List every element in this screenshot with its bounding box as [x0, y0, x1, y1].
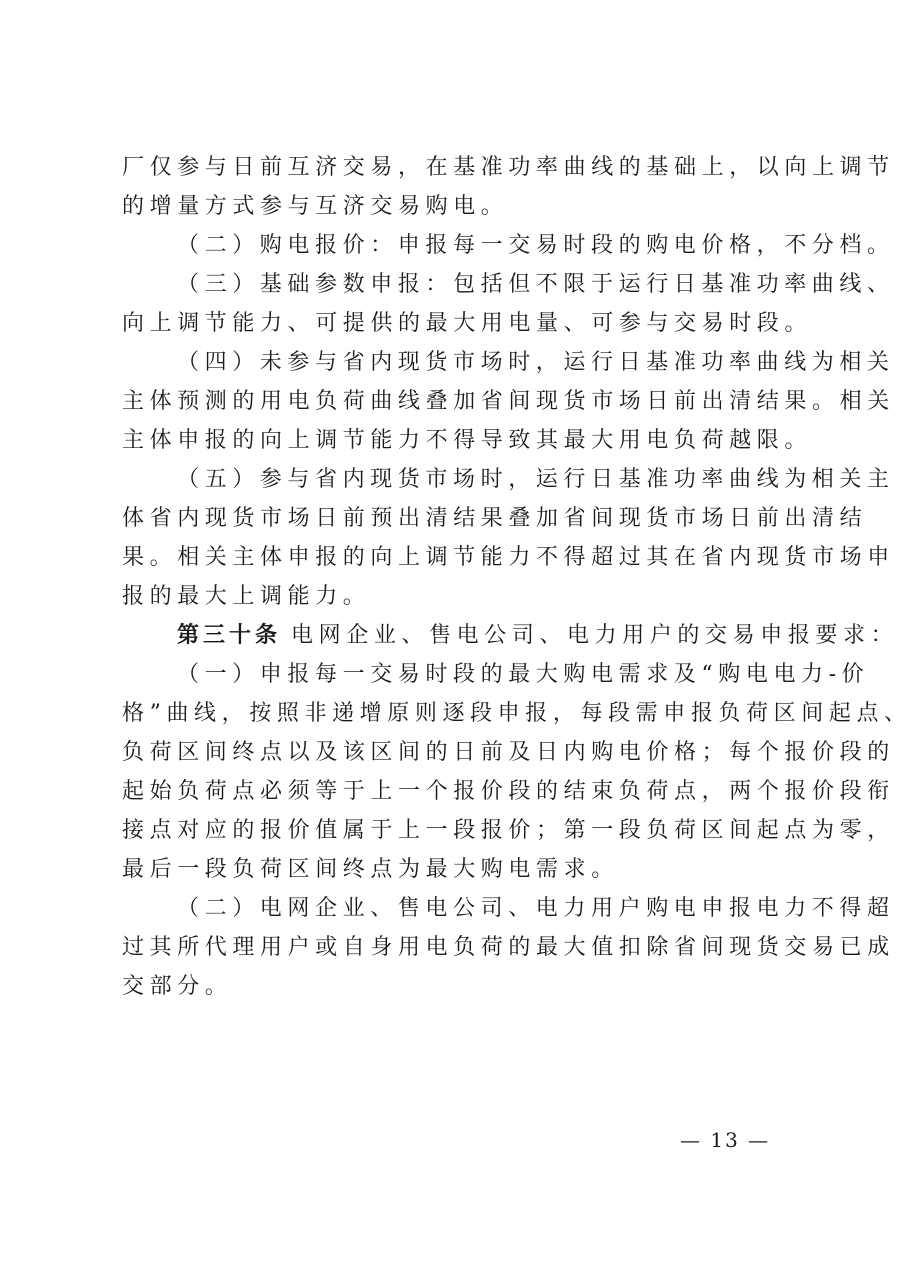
clause-5-in-spot-market: （五）参与省内现货市场时，运行日基准功率曲线为相关主	[122, 460, 788, 499]
clause-4-not-in-spot-market: （四）未参与省内现货市场时，运行日基准功率曲线为相关	[122, 343, 788, 382]
text-line: 报的最大上调能力。	[122, 577, 788, 616]
text-line: 主体预测的用电负荷曲线叠加省间现货市场日前出清结果。相关	[122, 382, 788, 421]
article-title: 电网企业、售电公司、电力用户的交易申报要求：	[281, 623, 898, 648]
clause-3-basic-params: （三）基础参数申报：包括但不限于运行日基准功率曲线、	[122, 265, 788, 304]
text-line: 体省内现货市场日前预出清结果叠加省间现货市场日前出清结	[122, 499, 788, 538]
text-line: 交部分。	[122, 967, 788, 1006]
text-line: 接点对应的报价值属于上一段报价；第一段负荷区间起点为零，	[122, 811, 788, 850]
text-line: 最后一段负荷区间终点为最大购电需求。	[122, 850, 788, 889]
text-line: 的增量方式参与互济交易购电。	[122, 187, 788, 226]
document-body: 厂仅参与日前互济交易，在基准功率曲线的基础上，以向上调节 的增量方式参与互济交易…	[122, 148, 788, 1006]
text-line: 果。相关主体申报的向上调节能力不得超过其在省内现货市场申	[122, 538, 788, 577]
article-clause-2: （二）电网企业、售电公司、电力用户购电申报电力不得超	[122, 889, 788, 928]
text-line: 负荷区间终点以及该区间的日前及日内购电价格；每个报价段的	[122, 733, 788, 772]
article-number: 第三十条	[177, 622, 281, 648]
article-clause-1: （一）申报每一交易时段的最大购电需求及“购电电力-价	[122, 655, 788, 694]
clause-2-purchase-price: （二）购电报价：申报每一交易时段的购电价格，不分档。	[122, 226, 788, 265]
text-line: 主体申报的向上调节能力不得导致其最大用电负荷越限。	[122, 421, 788, 460]
text-line: 起始负荷点必须等于上一个报价段的结束负荷点，两个报价段衔	[122, 772, 788, 811]
text-line: 厂仅参与日前互济交易，在基准功率曲线的基础上，以向上调节	[122, 148, 788, 187]
page-number: — 13 —	[680, 1128, 770, 1152]
text-line: 过其所代理用户或自身用电负荷的最大值扣除省间现货交易已成	[122, 928, 788, 967]
article-30-heading-line: 第三十条电网企业、售电公司、电力用户的交易申报要求：	[122, 616, 788, 655]
text-line: 向上调节能力、可提供的最大用电量、可参与交易时段。	[122, 304, 788, 343]
text-line: 格”曲线，按照非递增原则逐段申报，每段需申报负荷区间起点、	[122, 694, 788, 733]
